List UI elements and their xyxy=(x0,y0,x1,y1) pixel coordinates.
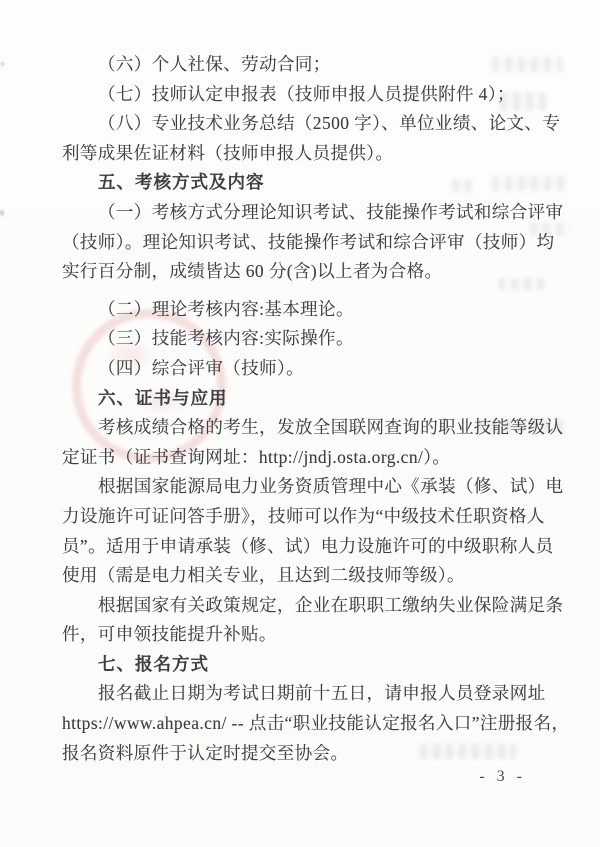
list-item-8-cont: 利等成果佐证材料（技师申报人员提供）。 xyxy=(62,139,567,169)
paragraph-line: 力设施许可证问答手册》，技师可以作为“中级技术任职资格人 xyxy=(62,502,567,532)
paragraph-line: 件，可申领技能提升补贴。 xyxy=(62,620,567,650)
paragraph-line: （四）综合评审（技师）。 xyxy=(62,354,567,384)
paragraph-line: 使用（需是电力相关专业，且达到二级技师等级）。 xyxy=(62,561,567,591)
paragraph-line: 根据国家能源局电力业务资质管理中心《承装（修、试）电 xyxy=(62,472,567,502)
section-heading-6: 六、证书与应用 xyxy=(62,384,567,414)
list-item-7: （七）技师认定申报表（技师申报人员提供附件 4）； xyxy=(62,80,567,110)
list-item-6: （六）个人社保、劳动合同； xyxy=(62,50,567,80)
paragraph-line: （二）理论考核内容:基本理论。 xyxy=(62,295,567,325)
list-item-8: （八）专业技术业务总结（2500 字）、单位业绩、论文、专 xyxy=(62,109,567,139)
paragraph-line: （三）技能考核内容:实际操作。 xyxy=(62,324,567,354)
paragraph-line: 定证书（证书查询网址：http://jndj.osta.org.cn/）。 xyxy=(62,443,567,473)
paragraph-line: 员”。适用于申请承装（修、试）电力设施许可的中级职称人员 xyxy=(62,532,567,562)
paragraph-line: 报名截止日期为考试日期前十五日，请申报人员登录网址 xyxy=(62,679,567,709)
paragraph-line: 根据国家有关政策规定，企业在职职工缴纳失业保险满足条 xyxy=(62,591,567,621)
page-number: - 3 - xyxy=(479,768,526,786)
paragraph-line: （技师）。理论知识考试、技能操作考试和综合评审（技师）均 xyxy=(62,228,567,258)
section-heading-7: 七、报名方式 xyxy=(62,650,567,680)
scan-speck xyxy=(0,210,4,216)
paragraph-line: 报名资料原件于认定时提交至协会。 xyxy=(62,739,567,769)
document-text-block: （六）个人社保、劳动合同； （七）技师认定申报表（技师申报人员提供附件 4）； … xyxy=(62,50,567,768)
paragraph-line: （一）考核方式分理论知识考试、技能操作考试和综合评审 xyxy=(62,198,567,228)
section-heading-5: 五、考核方式及内容 xyxy=(62,168,567,198)
scanned-document-page: （六）个人社保、劳动合同； （七）技师认定申报表（技师申报人员提供附件 4）； … xyxy=(0,0,600,847)
paragraph-line: 实行百分制，成绩皆达 60 分(含)以上者为合格。 xyxy=(62,257,567,287)
scan-speck xyxy=(1,62,4,66)
registration-url-line: https://www.ahpea.cn/ -- 点击“职业技能认定报名入口”注… xyxy=(62,709,567,739)
paragraph-line: 考核成绩合格的考生，发放全国联网查询的职业技能等级认 xyxy=(62,413,567,443)
